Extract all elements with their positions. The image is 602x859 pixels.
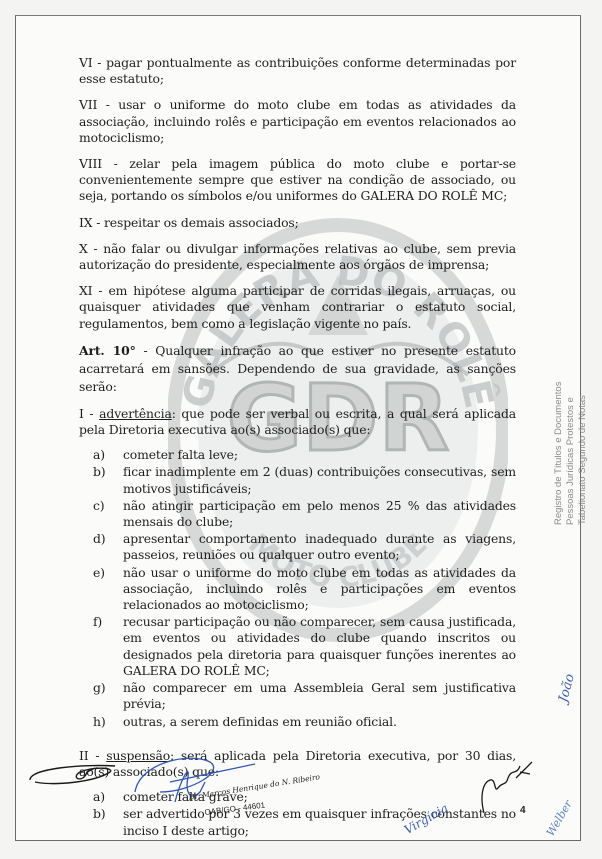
paragraph-xi: XI - em hipótese alguma participar de co… [79,283,516,332]
signature-black-right [476,758,536,818]
list-item-label: b) [93,806,105,822]
document-body: VI - pagar pontualmente as contribuições… [79,55,516,851]
sanction-1-prefix: I - [79,406,99,421]
paragraph-x: X - não falar ou divulgar informações re… [79,241,516,273]
list-item-label: b) [93,464,105,480]
list-item-text: outras, a serem definidas em reunião ofi… [123,714,397,729]
list-item: g)não comparecer em uma Assembleia Geral… [93,680,516,712]
sanction-1-term: advertência [99,406,172,421]
page-number: 4 [520,805,526,816]
list-item: b)ficar inadimplente em 2 (duas) contrib… [93,464,516,496]
list-item-text: cometer falta leve; [123,447,238,462]
paragraph-ix: IX - respeitar os demais associados; [79,215,516,231]
list-item: f)recusar participação ou não comparecer… [93,614,516,679]
list-item-label: g) [93,680,105,696]
list-item-label: e) [93,565,105,581]
list-item: d)apresentar comportamento inadequado du… [93,531,516,563]
article-10: Art. 10° - Qualquer infração ao que esti… [79,342,516,396]
list-item-text: recusar participação ou não comparecer, … [123,614,516,678]
list-item-label: c) [93,498,104,514]
list-item-label: a) [93,789,105,805]
list-item-text: não comparecer em uma Assembleia Geral s… [123,680,516,711]
article-label: Art. 10° [79,343,136,358]
stamp-line-2: Pessoas Jurídicas Protestos e [565,397,576,525]
sanction-1-list: a)cometer falta leve; b)ficar inadimplen… [79,447,516,729]
list-item-label: h) [93,714,106,730]
stamp-line-3: Tabelionato Segundo de Notas [577,395,588,525]
sanction-advertencia: I - advertência: que pode ser verbal ou … [79,406,516,438]
list-item-text: não usar o uniforme do moto clube em tod… [123,565,516,612]
list-item: a)cometer falta leve; [93,447,516,463]
list-item-text: não atingir participação em pelo menos 2… [123,498,516,529]
list-item-text: apresentar comportamento inadequado dura… [123,531,516,562]
registry-stamp: Registro de Títulos e Documentos Pessoas… [553,385,593,525]
paragraph-vii: VII - usar o uniforme do moto clube em t… [79,97,516,146]
list-item-label: f) [93,614,102,630]
paragraph-vi: VI - pagar pontualmente as contribuições… [79,55,516,87]
list-item-label: d) [93,531,105,547]
stamp-line-1: Registro de Títulos e Documentos [553,382,564,525]
list-item-text: ficar inadimplente em 2 (duas) contribui… [123,464,516,495]
signature-left [25,760,125,790]
list-item: e)não usar o uniforme do moto clube em t… [93,565,516,614]
paragraph-viii: VIII - zelar pela imagem pública do moto… [79,156,516,205]
article-text: - Qualquer infração ao que estiver no pr… [79,343,516,394]
list-item-label: a) [93,447,105,463]
list-item: h)outras, a serem definidas em reunião o… [93,714,516,730]
list-item: c)não atingir participação em pelo menos… [93,498,516,530]
